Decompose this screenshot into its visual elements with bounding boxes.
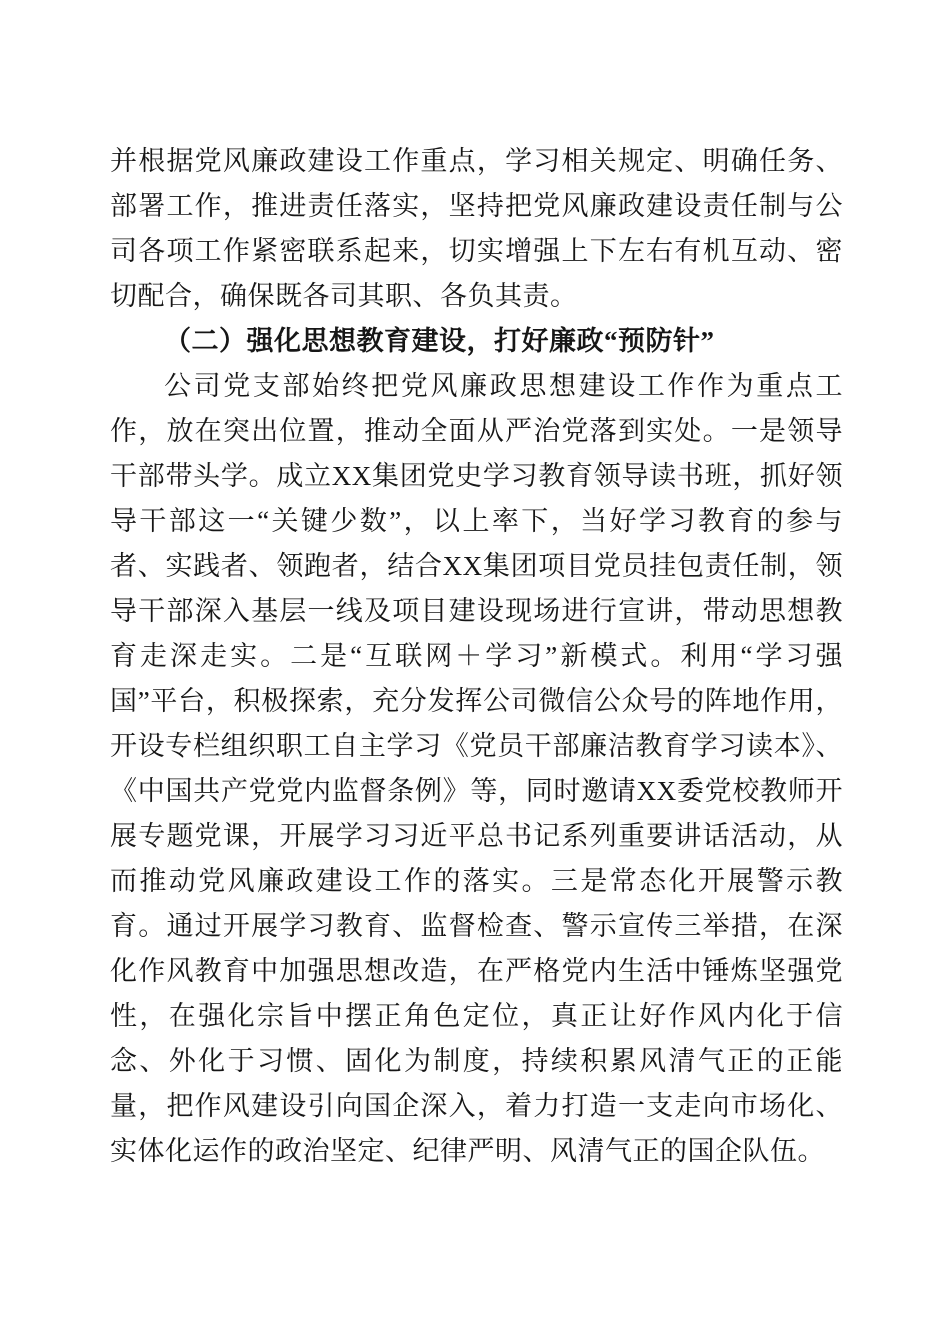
section-heading: （二）强化思想教育建设，打好廉政“预防针” xyxy=(110,319,843,364)
document-content: 并根据党风廉政建设工作重点，学习相关规定、明确任务、部署工作，推进责任落实，坚持… xyxy=(110,139,843,1174)
paragraph-continuation: 并根据党风廉政建设工作重点，学习相关规定、明确任务、部署工作，推进责任落实，坚持… xyxy=(110,139,843,319)
document-page: 并根据党风廉政建设工作重点，学习相关规定、明确任务、部署工作，推进责任落实，坚持… xyxy=(0,0,950,1344)
paragraph-body: 公司党支部始终把党风廉政思想建设工作作为重点工作，放在突出位置，推动全面从严治党… xyxy=(110,364,843,1174)
